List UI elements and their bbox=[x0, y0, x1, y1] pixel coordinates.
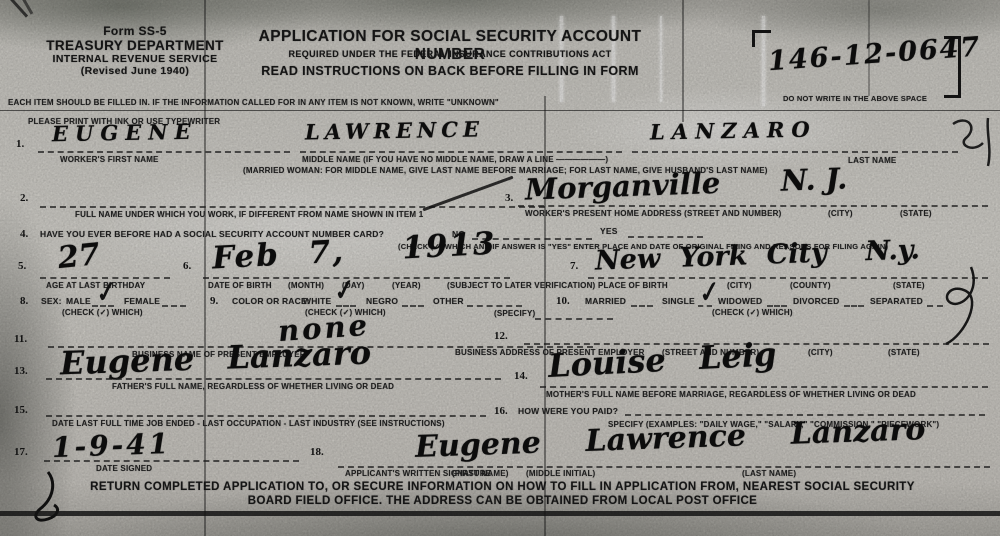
item-14-number: 14. bbox=[514, 370, 528, 382]
home-address-line bbox=[518, 205, 988, 207]
form-subtitle-required: REQUIRED UNDER THE FEDERAL INSURANCE CON… bbox=[235, 49, 665, 59]
race-white-line bbox=[336, 305, 356, 307]
item-8-number: 8. bbox=[20, 295, 28, 307]
race-specify-line bbox=[535, 318, 613, 320]
marital-widowed-line bbox=[767, 305, 787, 307]
item-15-number: 15. bbox=[14, 404, 28, 416]
footer-return-line1: RETURN COMPLETED APPLICATION TO, OR SECU… bbox=[55, 481, 950, 493]
employer-address-state-label: (STATE) bbox=[888, 348, 920, 357]
mother-name-value: Louise Leig bbox=[547, 338, 777, 382]
dob-verification-label: (SUBJECT TO LATER VERIFICATION) bbox=[447, 281, 595, 290]
race-specify-label: (SPECIFY) bbox=[494, 309, 535, 318]
footer-return-line2: BOARD FIELD OFFICE. THE ADDRESS CAN BE O… bbox=[55, 495, 950, 507]
item-1-number: 1. bbox=[16, 138, 24, 150]
birthplace-city-label: (CITY) bbox=[727, 281, 752, 290]
last-job-label: DATE LAST FULL TIME JOB ENDED - LAST OCC… bbox=[52, 419, 445, 428]
mother-name-line bbox=[540, 386, 988, 388]
father-name-label: FATHER'S FULL NAME, REGARDLESS OF WHETHE… bbox=[112, 382, 394, 391]
work-name-label: FULL NAME UNDER WHICH YOU WORK, IF DIFFE… bbox=[75, 210, 423, 219]
pay-label: HOW WERE YOU PAID? bbox=[518, 406, 618, 416]
revision-date: (Revised June 1940) bbox=[40, 65, 230, 77]
father-name-line bbox=[46, 378, 501, 380]
item-7-number: 7. bbox=[570, 260, 578, 272]
middle-name-label: MIDDLE NAME (IF YOU HAVE NO MIDDLE NAME,… bbox=[302, 155, 608, 164]
race-other-line bbox=[467, 305, 522, 307]
race-white-checkmark: ✓ bbox=[329, 275, 357, 305]
sex-check-note: (CHECK (✓) WHICH) bbox=[62, 308, 143, 317]
last-name-label: LAST NAME bbox=[848, 156, 896, 165]
account-number-bracket-left bbox=[752, 30, 771, 47]
item-10-number: 10. bbox=[556, 295, 570, 307]
bottom-scan-edge bbox=[0, 511, 1000, 516]
mother-name-label: MOTHER'S FULL NAME BEFORE MARRIAGE, REGA… bbox=[546, 390, 916, 399]
sex-label: SEX: bbox=[41, 296, 62, 306]
marital-widowed-option: WIDOWED bbox=[718, 296, 762, 306]
scanned-ss5-application-form: Form SS-5 TREASURY DEPARTMENT INTERNAL R… bbox=[0, 0, 1000, 536]
fill-note: EACH ITEM SHOULD BE FILLED IN. IF THE IN… bbox=[8, 98, 499, 107]
last-job-line bbox=[46, 415, 486, 417]
birthplace-label: PLACE OF BIRTH bbox=[598, 281, 668, 290]
work-name-line bbox=[40, 206, 545, 208]
item-4-number: 4. bbox=[20, 228, 28, 240]
signature-value: Eugene Lawrence Lanzaro bbox=[415, 415, 926, 463]
marital-single-option: SINGLE bbox=[662, 296, 695, 306]
birthplace-county-label: (COUNTY) bbox=[790, 281, 831, 290]
first-name-label: WORKER'S FIRST NAME bbox=[60, 155, 159, 164]
first-name-value: EUGENE bbox=[52, 121, 198, 145]
item-17-number: 17. bbox=[14, 446, 28, 458]
marital-married-option: MARRIED bbox=[585, 296, 626, 306]
marital-separated-line bbox=[927, 305, 943, 307]
signature-middle-initial-label: (MIDDLE INITIAL) bbox=[526, 469, 595, 478]
last-name-line bbox=[632, 151, 958, 153]
dob-year-label: (YEAR) bbox=[392, 281, 421, 290]
last-name-value: LANZARO bbox=[650, 119, 817, 143]
race-label: COLOR OR RACE: bbox=[232, 296, 310, 306]
prior-card-yes-option: YES bbox=[600, 226, 618, 236]
item-13-number: 13. bbox=[14, 365, 28, 377]
item-2-number: 2. bbox=[20, 192, 28, 204]
marital-divorced-line bbox=[844, 305, 864, 307]
home-address-state-label: (STATE) bbox=[900, 209, 932, 218]
father-name-value: Eugene Lanzaro bbox=[60, 337, 372, 380]
birthplace-state-label: (STATE) bbox=[893, 281, 925, 290]
race-white-option: WHITE bbox=[303, 296, 331, 306]
sex-female-line bbox=[162, 305, 186, 307]
middle-name-value: LAWRENCE bbox=[305, 118, 484, 142]
race-negro-option: NEGRO bbox=[366, 296, 398, 306]
item-11-number: 11. bbox=[14, 333, 27, 345]
item-16-number: 16. bbox=[494, 405, 508, 417]
marital-check-note: (CHECK (✓) WHICH) bbox=[712, 308, 793, 317]
home-address-city-label: (CITY) bbox=[828, 209, 853, 218]
home-address-label: WORKER'S PRESENT HOME ADDRESS (STREET AN… bbox=[525, 209, 781, 218]
race-other-option: OTHER bbox=[433, 296, 464, 306]
date-signed-line bbox=[44, 460, 299, 462]
marital-married-line bbox=[631, 305, 653, 307]
account-number-handwritten: 146-12-0647 bbox=[767, 36, 948, 75]
signature-line bbox=[338, 466, 990, 468]
dob-label: DATE OF BIRTH bbox=[208, 281, 272, 290]
item-5-number: 5. bbox=[18, 260, 26, 272]
marital-separated-option: SEPARATED bbox=[870, 296, 923, 306]
item-18-number: 18. bbox=[310, 446, 324, 458]
home-address-value: Morganville N. J. bbox=[525, 164, 848, 204]
item-3-number: 3. bbox=[505, 192, 513, 204]
dob-month-label: (MONTH) bbox=[288, 281, 324, 290]
form-number: Form SS-5 bbox=[40, 24, 230, 38]
signature-last-name-label: (LAST NAME) bbox=[742, 469, 796, 478]
middle-name-line bbox=[300, 151, 622, 153]
department-name: TREASURY DEPARTMENT bbox=[40, 38, 230, 53]
item-6-number: 6. bbox=[183, 260, 191, 272]
date-signed-label: DATE SIGNED bbox=[96, 464, 152, 473]
first-name-line bbox=[38, 151, 290, 153]
marital-single-line bbox=[698, 305, 712, 307]
ink-squiggle bbox=[948, 112, 998, 172]
employer-address-city-label: (CITY) bbox=[808, 348, 833, 357]
prior-card-yes-line bbox=[628, 236, 703, 238]
service-name: INTERNAL REVENUE SERVICE bbox=[40, 53, 230, 65]
marital-divorced-option: DIVORCED bbox=[793, 296, 839, 306]
do-not-write-note: DO NOT WRITE IN THE ABOVE SPACE bbox=[740, 94, 970, 103]
dob-line bbox=[203, 277, 510, 279]
sex-female-option: FEMALE bbox=[124, 296, 160, 306]
item-12-number: 12. bbox=[494, 330, 508, 342]
race-negro-line bbox=[402, 305, 424, 307]
age-value: 27 bbox=[57, 240, 102, 274]
header-rule bbox=[0, 110, 1000, 111]
form-subtitle-read: READ INSTRUCTIONS ON BACK BEFORE FILLING… bbox=[235, 64, 665, 78]
item-9-number: 9. bbox=[210, 295, 218, 307]
signature-first-name-label: (FIRST NAME) bbox=[452, 469, 509, 478]
form-id-block: Form SS-5 TREASURY DEPARTMENT INTERNAL R… bbox=[40, 24, 230, 77]
date-signed-value: 1-9-41 bbox=[52, 430, 172, 462]
sex-male-option: MALE bbox=[66, 296, 91, 306]
